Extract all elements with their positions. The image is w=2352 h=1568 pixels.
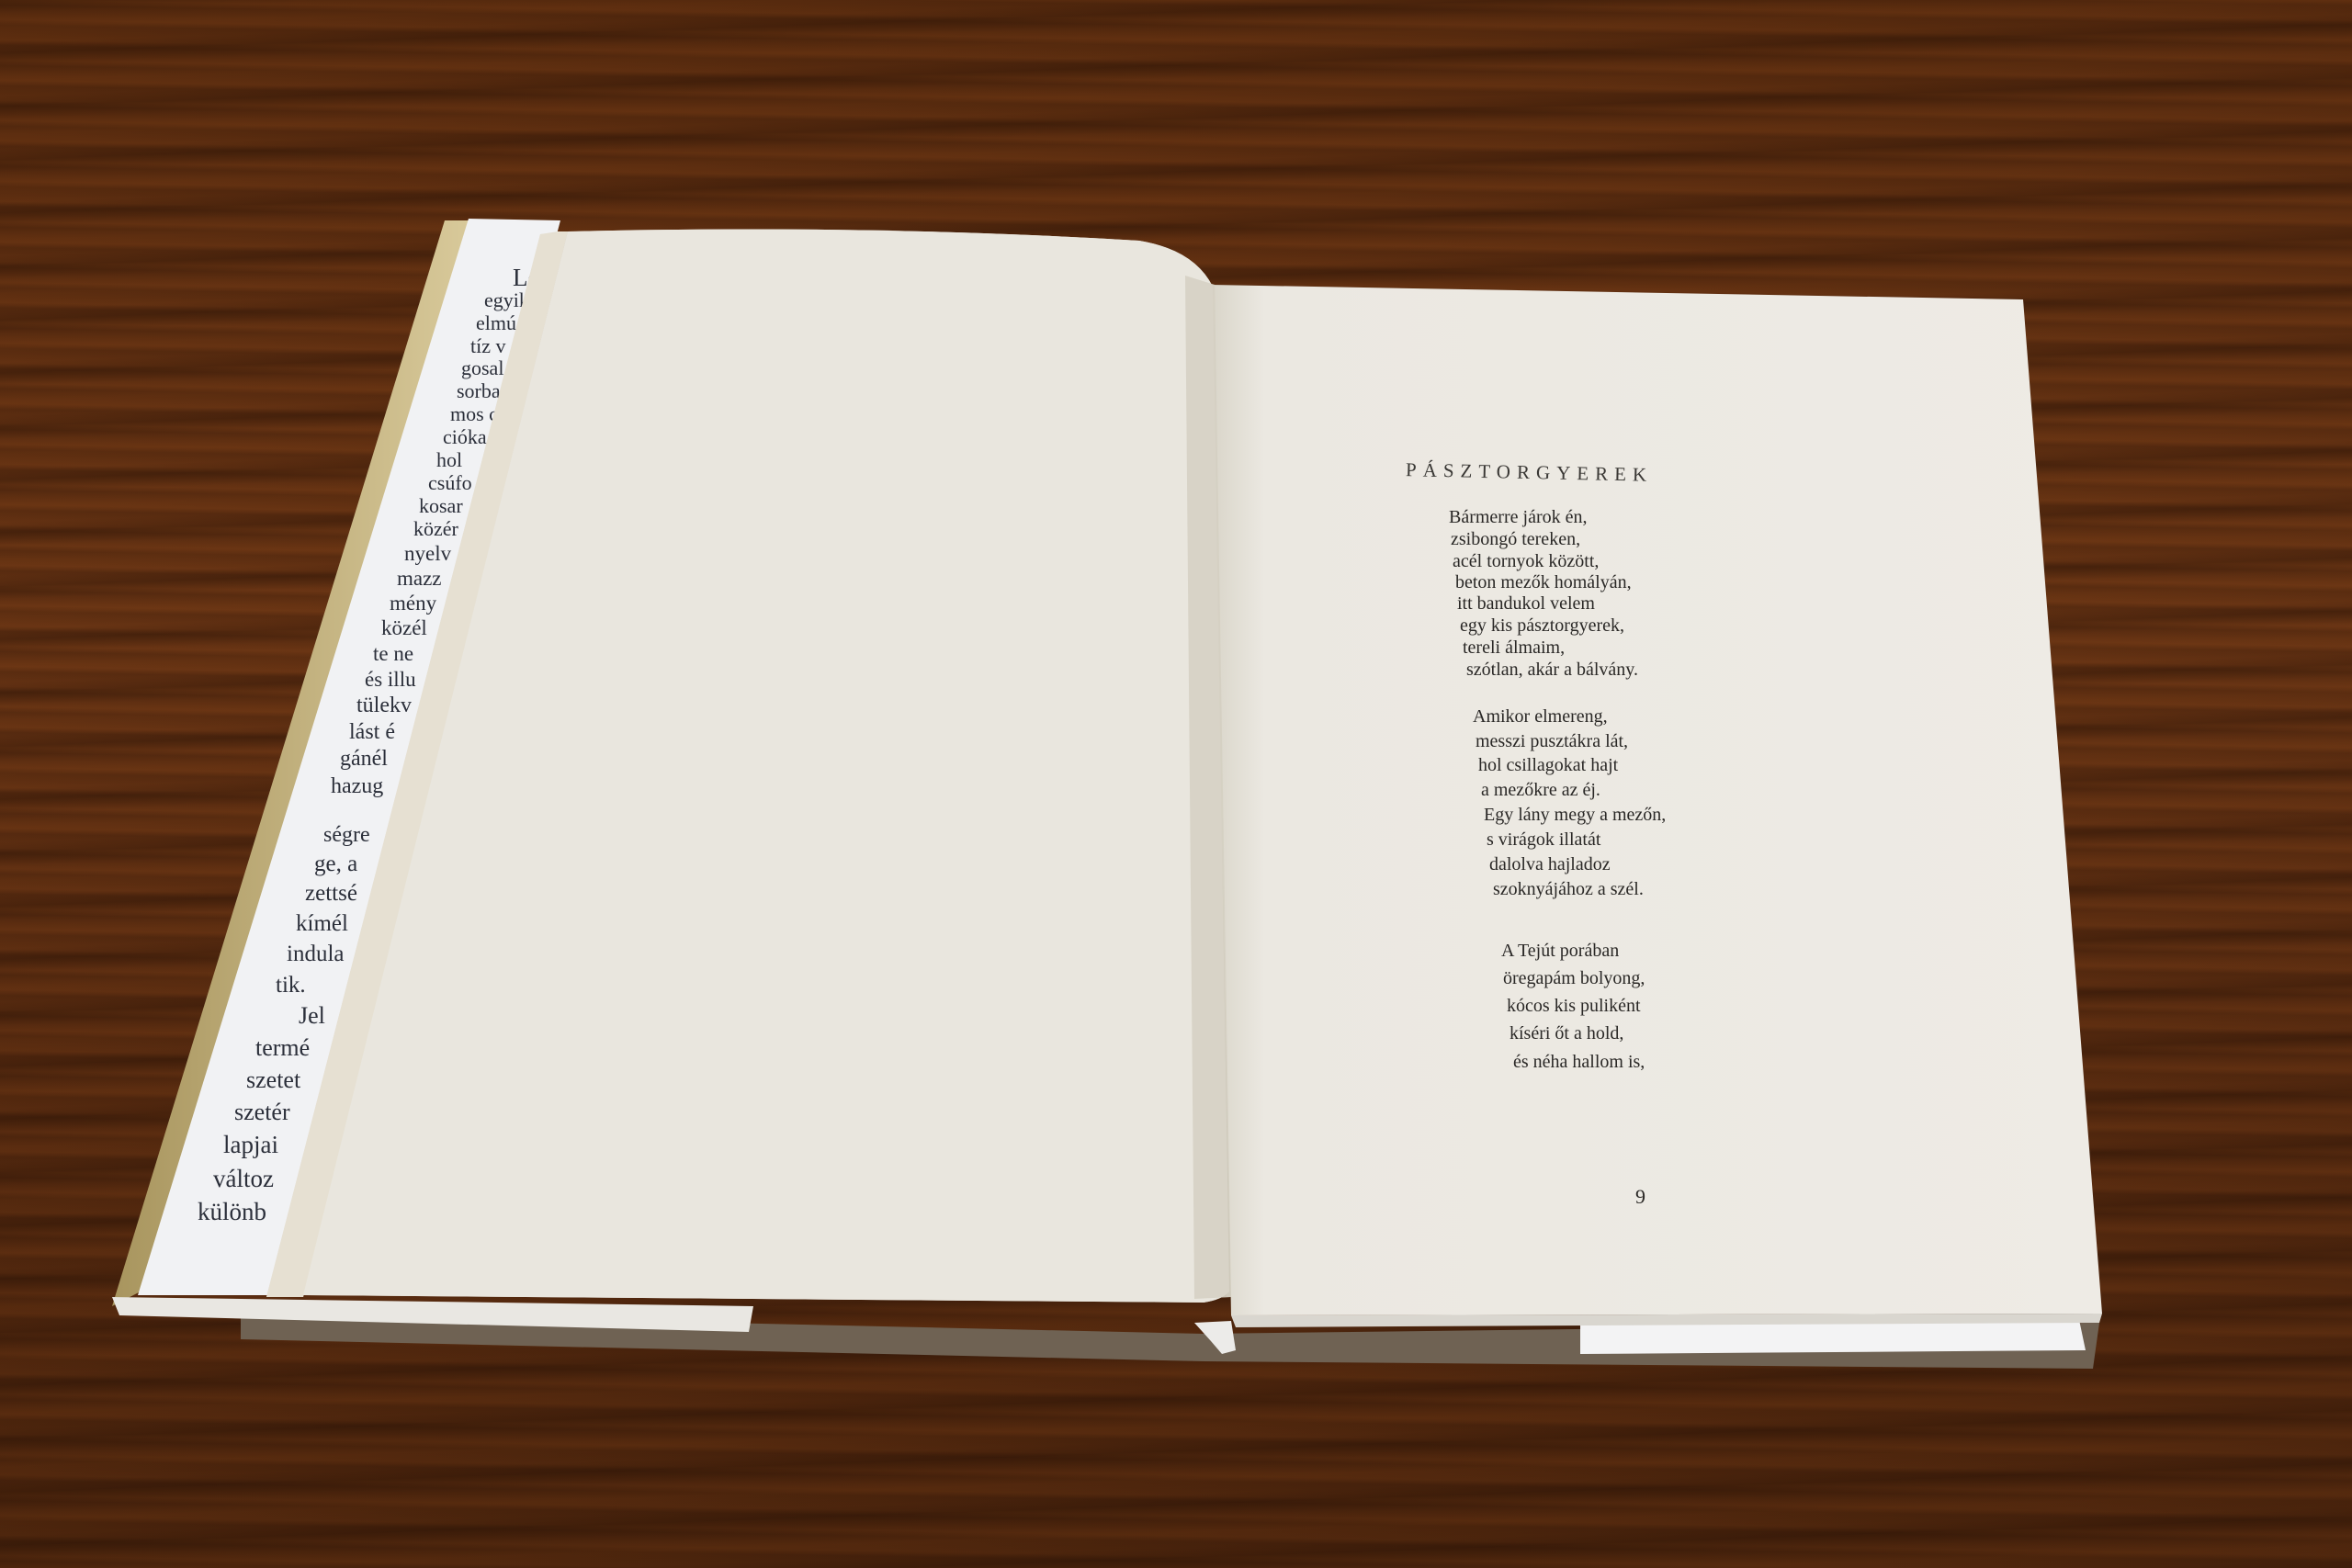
poem-line: itt bandukol velem	[1457, 593, 1595, 615]
flap-line: hazug	[331, 772, 383, 802]
poem-line: Egy lány megy a mezőn,	[1484, 805, 1666, 826]
poem-line: Amikor elmereng,	[1473, 706, 1608, 728]
flap-line: szetér	[234, 1098, 290, 1128]
poem-line: Bármerre járok én,	[1449, 507, 1587, 528]
poem-line: kíséri őt a hold,	[1510, 1023, 1623, 1044]
flap-line: indula	[287, 940, 345, 970]
flap-line: zettsé	[305, 879, 357, 909]
poem-line: kócos kis puliként	[1507, 996, 1641, 1017]
poem-line: a mezőkre az éj.	[1481, 780, 1600, 801]
poem-line: s virágok illatát	[1487, 829, 1600, 851]
flap-line: lást é	[349, 717, 395, 748]
jacket-flap-text: Le egyik elmú tíz v gosal sorba mos c ci…	[0, 0, 2352, 1568]
flap-line: ge, a	[314, 850, 357, 880]
poem-line: egy kis pásztorgyerek,	[1460, 615, 1624, 637]
poem-line: hol csillagokat hajt	[1478, 755, 1618, 776]
flap-line: kímél	[296, 909, 348, 940]
flap-line: lapjai	[223, 1130, 278, 1160]
flap-line: változ	[213, 1164, 274, 1194]
flap-line: Jel	[299, 1001, 325, 1032]
poem-line: messzi pusztákra lát,	[1476, 731, 1628, 752]
poem-line: dalolva hajladoz	[1489, 854, 1611, 875]
flap-line: tik.	[276, 971, 306, 1001]
poem-line: acél tornyok között,	[1453, 551, 1599, 572]
flap-line: szetet	[246, 1066, 300, 1096]
flap-line: különb	[198, 1197, 266, 1227]
flap-line: tülekv	[356, 691, 412, 721]
poem-line: beton mezők homályán,	[1455, 572, 1632, 593]
flap-line: termé	[255, 1033, 310, 1064]
poem-line: tereli álmaim,	[1463, 637, 1565, 659]
poem-line: és néha hallom is,	[1513, 1052, 1645, 1073]
flap-line: ségre	[323, 820, 370, 851]
flap-line: gánél	[340, 744, 388, 774]
page-number: 9	[1635, 1185, 1645, 1209]
poem-line: szoknyájához a szél.	[1493, 879, 1644, 900]
poem-line: öregapám bolyong,	[1503, 968, 1645, 989]
poem-line: A Tejút porában	[1501, 941, 1619, 962]
poem-line: szótlan, akár a bálvány.	[1466, 660, 1638, 681]
poem-line: zsibongó tereken,	[1451, 529, 1580, 550]
